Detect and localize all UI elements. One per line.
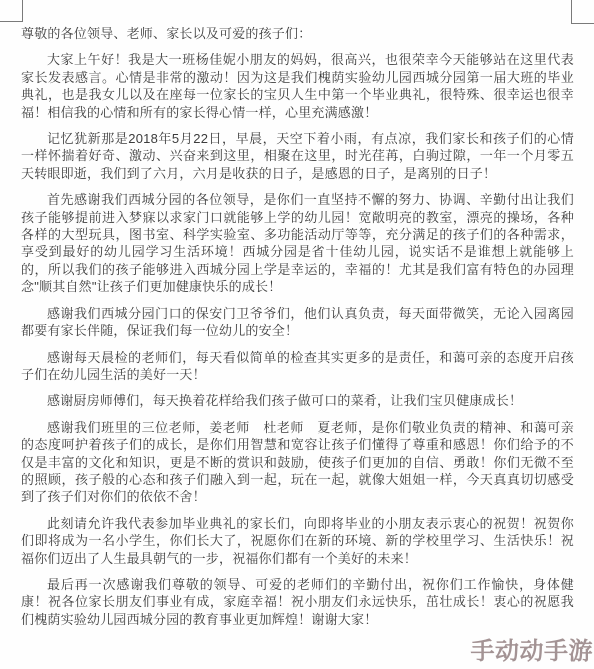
speech-paragraph: 感谢我们班里的三位老师，姜老师 杜老师 夏老师，是你们敬业负责的精神、和蔼可亲的… [21,419,574,506]
speech-paragraph: 此刻请允许我代表参加毕业典礼的家长们，向即将毕业的小朋友表示衷心的祝贺！祝贺你们… [21,515,574,567]
watermark: 手动动手游 [471,631,594,666]
speech-paragraph: 最后再一次感谢我们尊敬的领导、可爱的老师们的辛勤付出，祝你们工作愉快，身体健康！… [21,576,574,628]
speech-paragraph: 记忆犹新那是2018年5月22日，早晨，天空下着小雨，有点凉，我们家长和孩子们的… [21,130,574,182]
salutation-line: 尊敬的各位领导、老师、家长以及可爱的孩子们： [21,25,574,42]
speech-paragraph: 感谢我们西城分园门口的保安门卫爷爷们，他们认真负责，每天面带微笑，无论入园离园都… [21,305,574,340]
speech-paragraph: 感谢每天晨检的老师们，每天看似简单的检查其实更多的是责任，和蔼可亲的态度开启孩子… [21,349,574,384]
document-page: 尊敬的各位领导、老师、家长以及可爱的孩子们： 大家上午好！我是大一班杨佳妮小朋友… [0,0,594,669]
speech-paragraph: 首先感谢我们西城分园的各位领导，是你们一直坚持不懈的努力、协调、辛勤付出让我们孩… [21,191,574,295]
speech-paragraph: 大家上午好！我是大一班杨佳妮小朋友的妈妈，很高兴，也很荣幸今天能够站在这里代表家… [21,51,574,121]
speech-paragraph: 感谢厨房师傅们，每天换着花样给我们孩子做可口的菜肴，让我们宝贝健康成长！ [21,392,574,409]
paragraph-list: 大家上午好！我是大一班杨佳妮小朋友的妈妈，很高兴，也很荣幸今天能够站在这里代表家… [21,51,574,628]
speech-text: 尊敬的各位领导、老师、家长以及可爱的孩子们： 大家上午好！我是大一班杨佳妮小朋友… [0,0,594,637]
